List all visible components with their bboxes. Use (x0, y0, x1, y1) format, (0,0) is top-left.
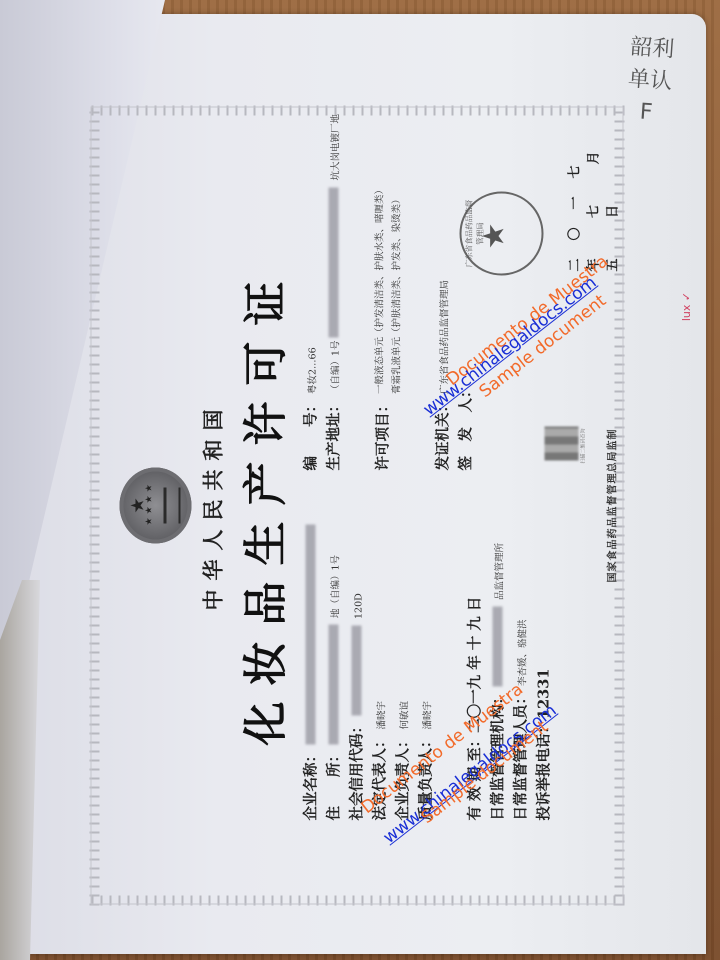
field-value: 潘晓宇 (420, 701, 434, 730)
redacted-value (352, 626, 362, 716)
license-item: 一般液态单元（护发清洁类、护肤水类、啫喱类） (372, 185, 389, 394)
license-items-list: 一般液态单元（护发清洁类、护肤水类、啫喱类） 膏霜乳液单元（护肤清洁类、护发类、… (372, 185, 406, 394)
handwriting-line: 单认 (627, 64, 699, 101)
field-enterprise-name: 企业名称： (300, 522, 323, 821)
qr-code-icon (545, 427, 579, 461)
field-signer: 签 发 人： (455, 114, 478, 471)
field-address: 住 所： 地（自编）1号 (323, 522, 346, 821)
redacted-value (493, 607, 503, 687)
field-value: 品监督管理所 (492, 543, 506, 600)
field-license-items: 许可项目： 一般液态单元（护发清洁类、护肤水类、啫喱类） 膏霜乳液单元（护肤清洁… (372, 114, 406, 471)
red-ink-mark: lux ✓ (680, 292, 693, 321)
cosmetics-production-license: ★ ★★★★ 中华人民共和国 化妆品生产许可证 企业名称： 住 所： 地（自编）… (80, 96, 635, 916)
emblem-small-stars-icon: ★★★★ (146, 481, 155, 525)
field-license-number: 编 号： 粤妆2…66 (300, 114, 323, 471)
field-credit-code: 社会信用代码： 120D (346, 522, 369, 821)
production-info: 编 号： 粤妆2…66 生产地址： （自编）1号 坑大岗电镀厂地 许可项目： 一… (300, 114, 478, 471)
field-complaint-phone: 投诉举报电话： 12331 (533, 522, 556, 821)
enterprise-info: 企业名称： 住 所： 地（自编）1号 社会信用代码： 120D 法定代表人： 潘… (300, 522, 556, 821)
qr-code-label: 扫描二维码查询 (580, 428, 587, 463)
country-name: 中华人民共和国 (198, 96, 228, 916)
field-label: 企业名称： (300, 748, 321, 821)
field-value: （自编）1号 (328, 340, 342, 394)
license-title: 化妆品生产许可证 (230, 96, 294, 916)
license-item: 膏霜乳液单元（护肤清洁类、护发类、染烫类） (389, 185, 406, 394)
field-value: 120D (354, 593, 365, 619)
field-label: 许可项目： (372, 398, 393, 471)
issuer-footer: 国家食品药品监督管理总局监制 (604, 96, 619, 916)
field-value: 地（自编）1号 (328, 555, 342, 618)
field-supervision-staff: 日常监督管理人员： 李杏媛、骆健洪 (510, 522, 533, 821)
official-seal-icon: 广东省食品药品监督管理局 ★ (460, 192, 544, 276)
tiananmen-gate-icon (164, 488, 181, 524)
national-emblem-icon: ★ ★★★★ (120, 468, 192, 544)
redacted-value (329, 625, 339, 745)
field-value: 李杏媛、骆健洪 (515, 619, 529, 686)
seal-star-icon: ★ (480, 223, 510, 250)
field-label: 住 所： (323, 748, 344, 821)
field-legal-rep: 法定代表人： 潘晓宇 (369, 522, 392, 821)
redacted-value (329, 187, 339, 337)
field-value-end: 坑大岗电镀厂地 (328, 114, 342, 181)
field-value: 何敏谊 (397, 701, 411, 730)
field-value: 粤妆2…66 (305, 347, 319, 394)
field-value: 潘晓宇 (374, 701, 388, 730)
handwriting-line: 韶利 (629, 32, 701, 69)
field-label: 编 号： (300, 398, 321, 471)
field-production-address: 生产地址： （自编）1号 坑大岗电镀厂地 (323, 114, 346, 471)
handwriting-line: F (625, 96, 697, 133)
handwritten-note: 韶利 单认 F (625, 32, 702, 133)
redacted-value (306, 525, 316, 745)
field-label: 生产地址： (323, 398, 344, 471)
